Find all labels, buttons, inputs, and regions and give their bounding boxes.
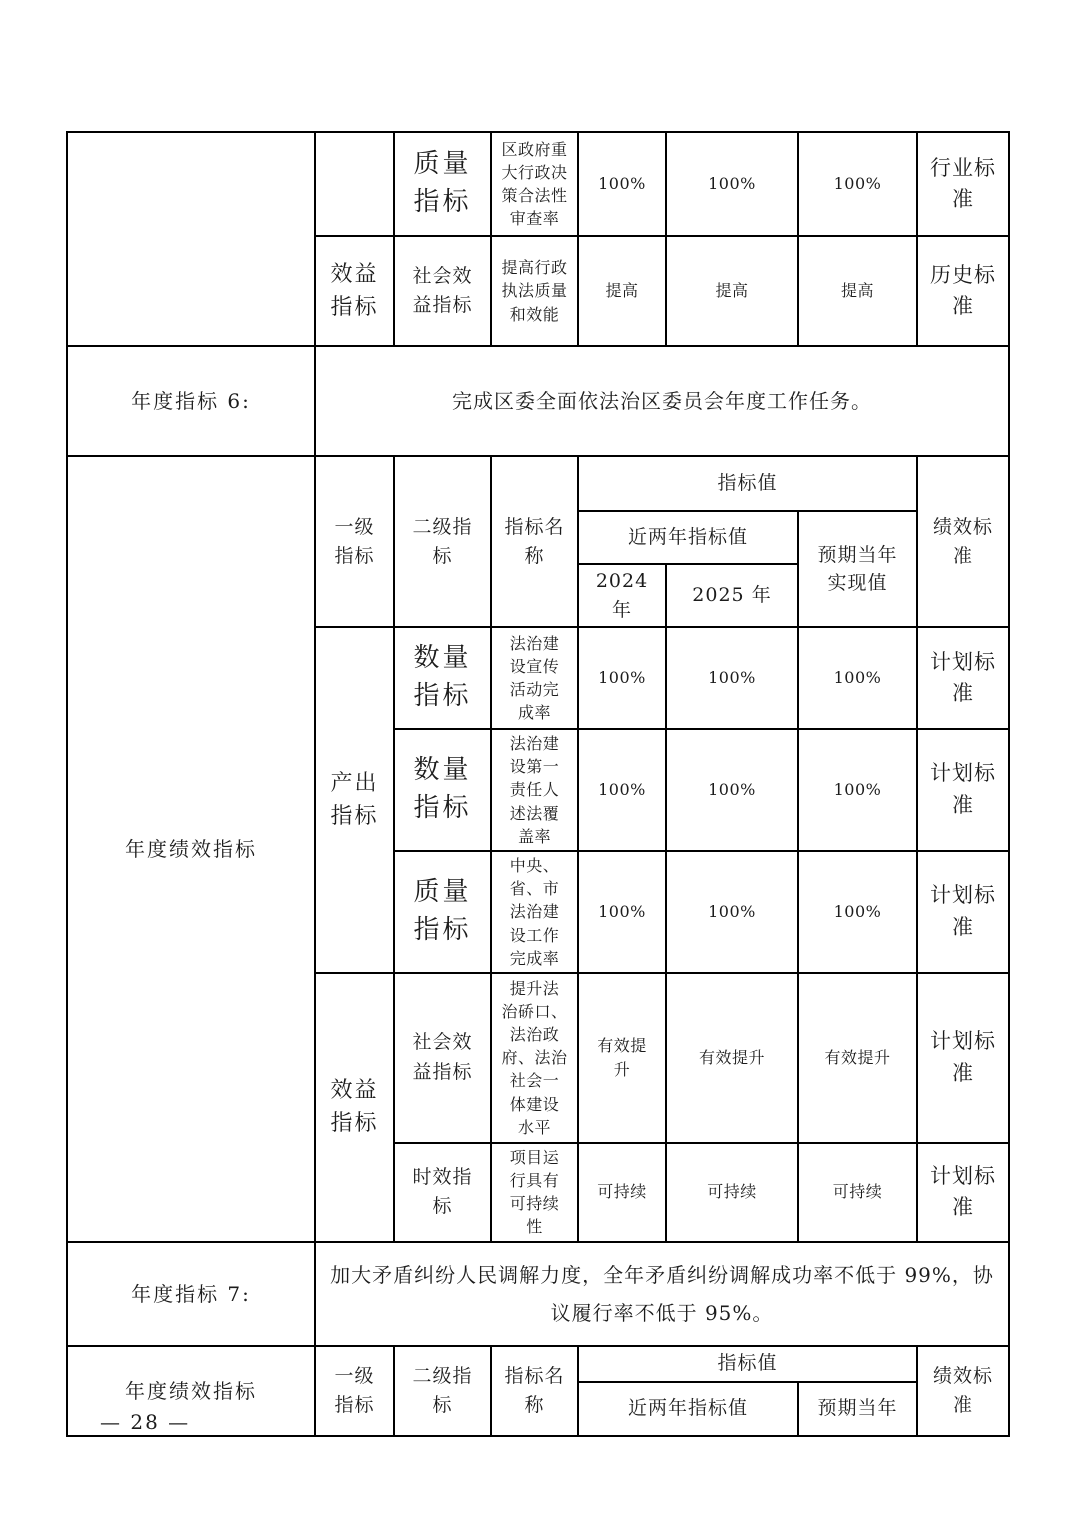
header-indicator-name: 指标名 称 (491, 1346, 578, 1436)
cell-indicator-name: 项目运 行具有 可持续 性 (491, 1143, 578, 1242)
cell-value-2025: 100% (666, 132, 798, 236)
performance-indicator-table: 质量 指标 区政府重 大行政决 策合法性 审查率 100% 100% 100% … (66, 131, 1010, 1437)
cell-level2-social-benefit: 社会效 益指标 (394, 236, 491, 346)
header-standard: 绩效标 准 (917, 1346, 1009, 1436)
header-expected-current: 预期当年 (798, 1382, 917, 1436)
bottom-header-row-1: 年度绩效指标 一级 指标 二级指 标 指标名 称 指标值 绩效标 准 (67, 1346, 1009, 1382)
main-section-label: 年度绩效指标 (67, 456, 315, 1242)
cell-standard: 计划标 准 (917, 973, 1009, 1143)
cell-value-2025: 有效提升 (666, 973, 798, 1143)
annual-indicator-6-row: 年度指标 6: 完成区委全面依法治区委员会年度工作任务。 (67, 346, 1009, 456)
cell-value-2025: 可持续 (666, 1143, 798, 1242)
cell-standard: 计划标 准 (917, 627, 1009, 729)
cell-standard: 历史标 准 (917, 236, 1009, 346)
cell-value-2025: 100% (666, 851, 798, 973)
page-number: — 28 — (100, 1410, 190, 1434)
cell-carryover-empty-left (67, 132, 315, 346)
cell-value-2024: 100% (578, 627, 666, 729)
cell-standard: 计划标 准 (917, 851, 1009, 973)
cell-indicator-name: 法治建 设宣传 活动完 成率 (491, 627, 578, 729)
cell-indicator-name: 提升法 治硚口、 法治政 府、法治 社会一 体建设 水平 (491, 973, 578, 1143)
cell-value-expected: 100% (798, 627, 917, 729)
cell-indicator-name: 提高行政 执法质量 和效能 (491, 236, 578, 346)
cell-level1-output: 产出 指标 (315, 627, 394, 973)
cell-value-2024: 100% (578, 132, 666, 236)
cell-level2-quantity: 数量 指标 (394, 627, 491, 729)
annual-indicator-7-label: 年度指标 7: (67, 1242, 315, 1346)
cell-standard: 计划标 准 (917, 729, 1009, 851)
header-year-2025: 2025 年 (666, 564, 798, 627)
cell-value-2025: 100% (666, 627, 798, 729)
cell-standard: 计划标 准 (917, 1143, 1009, 1242)
cell-value-expected: 可持续 (798, 1143, 917, 1242)
cell-value-2024: 有效提 升 (578, 973, 666, 1143)
cell-value-expected: 有效提升 (798, 973, 917, 1143)
header-year-2024: 2024 年 (578, 564, 666, 627)
header-recent-two-years: 近两年指标值 (578, 511, 798, 564)
cell-standard: 行业标 准 (917, 132, 1009, 236)
header-level1: 一级 指标 (315, 456, 394, 627)
cell-level2-quality: 质量 指标 (394, 132, 491, 236)
annual-indicator-6-content: 完成区委全面依法治区委员会年度工作任务。 (315, 346, 1009, 456)
main-header-row-1: 年度绩效指标 一级 指标 二级指 标 指标名 称 指标值 绩效标 准 (67, 456, 1009, 511)
carryover-row-quality: 质量 指标 区政府重 大行政决 策合法性 审查率 100% 100% 100% … (67, 132, 1009, 236)
cell-carryover-empty-level1 (315, 132, 394, 236)
cell-value-expected: 100% (798, 132, 917, 236)
header-indicator-name: 指标名 称 (491, 456, 578, 627)
cell-indicator-name: 法治建 设第一 责任人 述法覆 盖率 (491, 729, 578, 851)
cell-level2-quality: 质量 指标 (394, 851, 491, 973)
cell-indicator-name: 区政府重 大行政决 策合法性 审查率 (491, 132, 578, 236)
header-expected-current: 预期当年 实现值 (798, 511, 917, 627)
cell-level2-social-benefit: 社会效 益指标 (394, 973, 491, 1143)
cell-value-expected: 提高 (798, 236, 917, 346)
header-value-group: 指标值 (578, 1346, 917, 1382)
header-level1: 一级 指标 (315, 1346, 394, 1436)
cell-value-2024: 可持续 (578, 1143, 666, 1242)
cell-value-2024: 提高 (578, 236, 666, 346)
header-value-group: 指标值 (578, 456, 917, 511)
annual-indicator-7-row: 年度指标 7: 加大矛盾纠纷人民调解力度，全年矛盾纠纷调解成功率不低于 99%，… (67, 1242, 1009, 1346)
document-page: 质量 指标 区政府重 大行政决 策合法性 审查率 100% 100% 100% … (0, 0, 1074, 1520)
cell-level2-timeliness: 时效指 标 (394, 1143, 491, 1242)
header-recent-two-years: 近两年指标值 (578, 1382, 798, 1436)
cell-value-2024: 100% (578, 851, 666, 973)
cell-value-expected: 100% (798, 729, 917, 851)
header-level2: 二级指 标 (394, 456, 491, 627)
header-standard: 绩效标 准 (917, 456, 1009, 627)
cell-level1-benefit: 效益 指标 (315, 973, 394, 1242)
cell-value-2024: 100% (578, 729, 666, 851)
cell-value-2025: 提高 (666, 236, 798, 346)
header-level2: 二级指 标 (394, 1346, 491, 1436)
cell-value-2025: 100% (666, 729, 798, 851)
annual-indicator-7-content: 加大矛盾纠纷人民调解力度，全年矛盾纠纷调解成功率不低于 99%，协 议履行率不低… (315, 1242, 1009, 1346)
cell-level2-quantity: 数量 指标 (394, 729, 491, 851)
annual-indicator-6-label: 年度指标 6: (67, 346, 315, 456)
cell-indicator-name: 中央、 省、市 法治建 设工作 完成率 (491, 851, 578, 973)
cell-value-expected: 100% (798, 851, 917, 973)
cell-level1-benefit: 效益 指标 (315, 236, 394, 346)
